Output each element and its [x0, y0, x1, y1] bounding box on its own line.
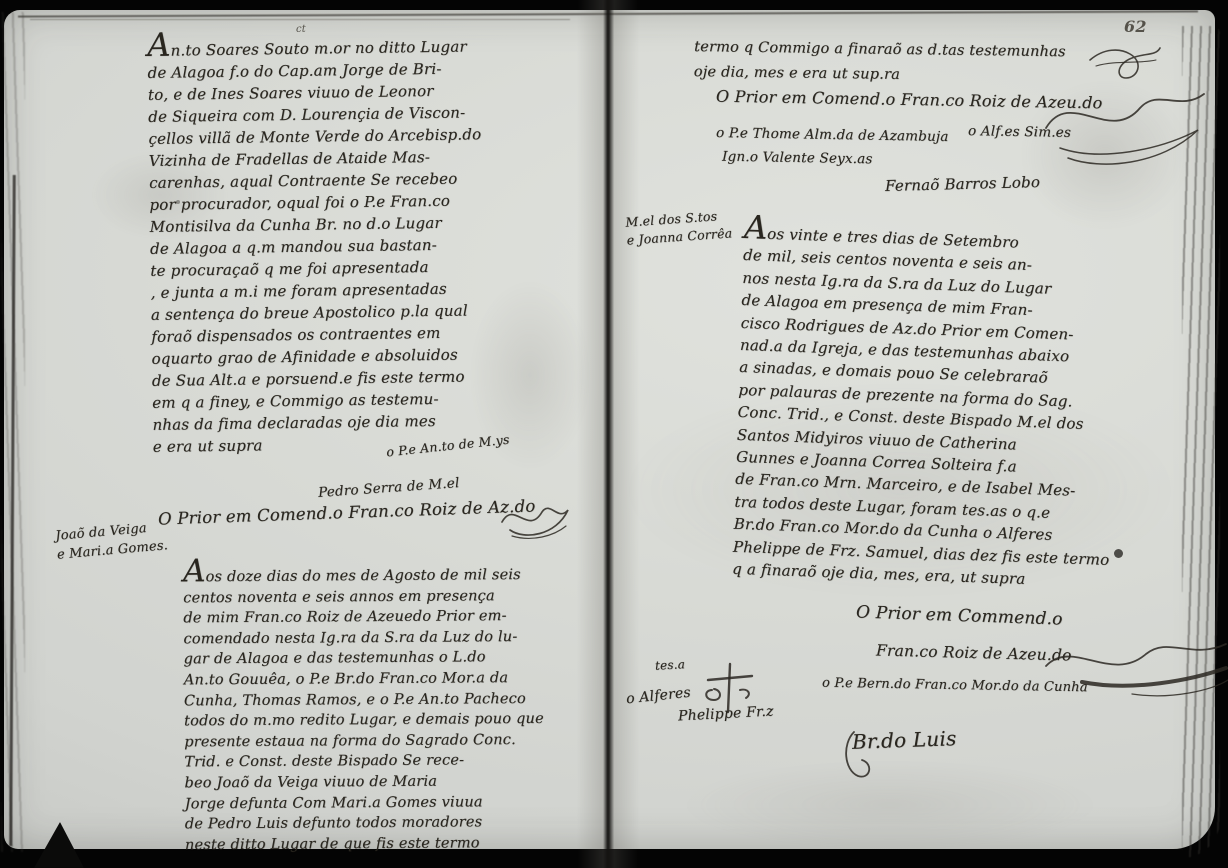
margin-note-manuel-dos-santos: M.el dos S.tos e Joanna Corrêa [625, 206, 733, 249]
manuscript-line: gar de Alagoa e das testemunhas o L.do [184, 647, 584, 670]
entry-manuel-dos-santos: Aos vinte e tres dias de Setembro de mil… [732, 219, 1154, 595]
manuscript-line: Trid. e Const. deste Bispado Se rece- [184, 750, 584, 773]
manuscript-photo: ct 62 An.to Soares Souto m.or no ditto L… [0, 0, 1228, 868]
manuscript-line: Jorge defunta Com Mari.a Gomes viuua [185, 791, 585, 814]
entry2-closing-lines: termo q Commigo a finaraõ as d.tas teste… [694, 35, 1115, 91]
manuscript-line: presente estaua na forma do Sagrado Conc… [184, 729, 584, 752]
manuscript-line: An.to Gouuêa, o P.e Br.do Fran.co Mor.a … [184, 668, 584, 691]
manuscript-line: de mim Fran.co Roiz de Azeuedo Prior em- [183, 606, 583, 629]
signature-brdo-luis: Br.do Luis [852, 726, 957, 754]
scribal-top-mark: ct [296, 24, 306, 35]
manuscript-line: beo Joaõ da Veiga viuuo de Maria [184, 771, 584, 794]
manuscript-line: Aos doze dias do mes de Agosto de mil se… [183, 561, 583, 588]
manuscript-line: neste ditto Lugar de que fis este termo [185, 832, 585, 855]
manuscript-line: todos do m.mo redito Lugar, e demais pou… [184, 709, 584, 732]
entry-joao-da-veiga: Aos doze dias do mes de Agosto de mil se… [183, 561, 585, 856]
signature-witness: Ign.o Valente Seyx.as [722, 149, 873, 168]
folio-number: 62 [1124, 17, 1147, 36]
manuscript-line: comendado nesta Ig.ra da S.ra da Luz do … [183, 626, 583, 649]
signature-witness: o Alf.es Sim.es [968, 123, 1071, 141]
page-top-edge-line2 [30, 19, 570, 20]
witness-tes-label: tes.a [655, 657, 686, 673]
manuscript-line: de Pedro Luis defunto todos moradores [185, 812, 585, 835]
right-page-stack-edges [1182, 26, 1220, 858]
manuscript-line: centos noventa e seis annos em presença [183, 585, 583, 608]
entry-antonio-soares: An.to Soares Souto m.or no ditto Lugar d… [147, 31, 573, 458]
manuscript-line: Cunha, Thomas Ramos, e o P.e An.to Pache… [184, 688, 584, 711]
